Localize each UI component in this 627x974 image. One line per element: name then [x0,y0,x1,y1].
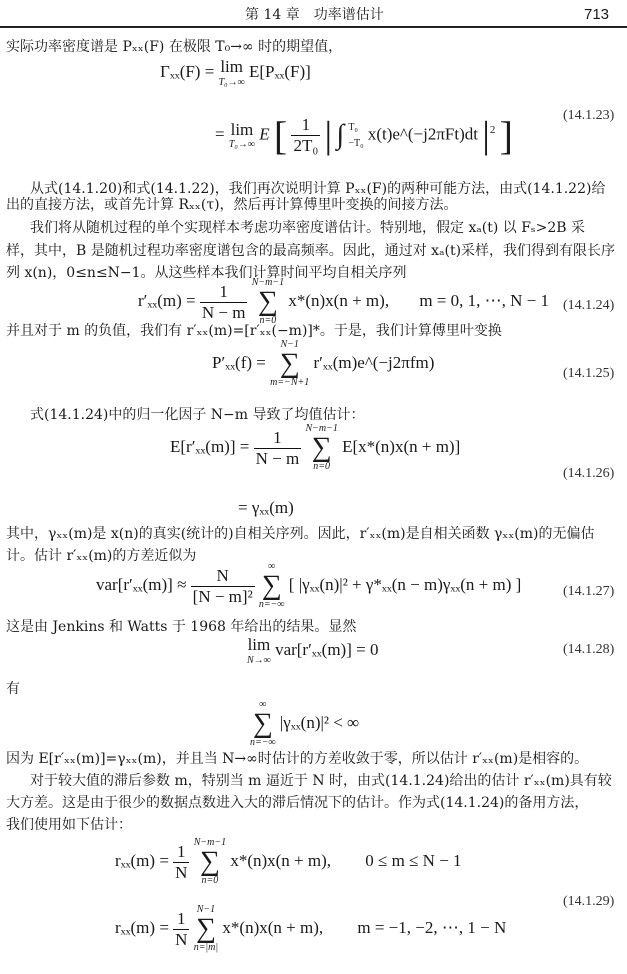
equation-label-14-1-23: (14.1.23) [563,108,614,124]
paragraph-3-line2: 样，其中，B 是随机过程功率密度谱包含的最高频率。因此，通过对 xₐ(t)采样，… [6,242,615,260]
fraction: 1N [173,909,189,950]
fraction: 1N [173,842,189,883]
equation-14-1-27: var[r′ₓₓ(m)] ≈ N[N − m]² ∞∑n=−∞ [ |γₓₓ(n… [96,562,521,610]
summation: ∞∑n=−∞ [250,700,276,748]
equation-14-1-23-line2: = limT₀→∞ E [ 12T₀ | ∫ T₀−T₀ x(t)e^(−j2π… [215,112,513,159]
fraction: 1N − m [200,282,248,323]
summation: N−m−1∑n=0 [252,278,284,326]
equation-label-14-1-27: (14.1.27) [563,584,614,600]
equation-14-1-26-line2: = γₓₓ(m) [238,498,294,518]
equation-label-14-1-25: (14.1.25) [563,366,614,382]
paragraph-1: 实际功率密度谱是 Pₓₓ(F) 在极限 T₀→∞ 时的期望值， [6,38,342,56]
paragraph-10-line2: 大方差。这是由于很少的数据点数进入大的滞后情况下的估计。作为式(14.1.24)… [6,794,588,812]
equation-14-1-26-line1: E[r′ₓₓ(m)] = 1N − m N−m−1∑n=0 E[x*(n)x(n… [170,424,460,472]
paragraph-10-line3: 我们使用如下估计： [6,816,132,834]
paragraph-8: 有 [6,680,20,698]
limit-operator: limT₀→∞ [219,58,245,88]
equation-14-1-24: r′ₓₓ(m) = 1N − m N−m−1∑n=0 x*(n)x(n + m)… [138,278,549,326]
paragraph-10-line1: 对于较大值的滞后参数 m，特别当 m 逼近于 N 时，由式(14.1.24)给出… [30,772,612,790]
paragraph-3-line1: 我们将从随机过程的单个实现样本考虑功率密度谱估计。特别地，假定 xₐ(t) 以 … [30,219,585,237]
summation: N−m−1∑n=0 [305,424,337,472]
equation-14-1-28: limN→∞ var[r′ₓₓ(m)] = 0 [247,636,378,666]
fraction: 12T₀ [291,115,320,156]
equation-label-14-1-29: (14.1.29) [563,894,614,910]
equation-sum-finite: ∞∑n=−∞ |γₓₓ(n)|² < ∞ [250,700,359,748]
summation: N−m−1∑n=0 [194,838,226,886]
paragraph-2-line2: 出的直接方法，或首先计算 Rₓₓ(τ)，然后再计算傅里叶变换的间接方法。 [6,196,458,214]
page-number: 713 [584,6,609,23]
limit-operator: limT₀→∞ [229,121,255,151]
summation: N−1∑n=|m| [194,905,218,953]
limit-operator: limN→∞ [247,636,271,666]
equation-label-14-1-26: (14.1.26) [563,466,614,482]
equation-label-14-1-24: (14.1.24) [563,298,614,314]
equation-label-14-1-28: (14.1.28) [563,642,614,658]
equation-14-1-25: P′ₓₓ(f) = N−1∑m=−N+1 r′ₓₓ(m)e^(−j2πfm) [212,340,434,388]
summation: ∞∑n=−∞ [259,562,285,610]
paragraph-9: 因为 E[r′ₓₓ(m)]=γₓₓ(m)，并且当 N→∞时估计的方差收敛于零，所… [6,750,588,768]
fraction: 1N − m [254,428,302,469]
equation-14-1-29-line2: rₓₓ(m) = 1N N−1∑n=|m| x*(n)x(n + m), m =… [115,905,506,953]
paragraph-7: 这是由 Jenkins 和 Watts 于 1968 年给出的结果。显然 [6,618,356,636]
paragraph-6-line1: 其中，γₓₓ(m)是 x(n)的真实(统计的)自相关序列。因此，r′ₓₓ(m)是… [6,525,594,543]
header-rule [0,26,627,28]
chapter-title: 第 14 章 功率谱估计 [245,4,384,24]
fraction: N[N − m]² [191,566,255,607]
summation: N−1∑m=−N+1 [270,340,309,388]
equation-14-1-23-line1: Γₓₓ(F) = limT₀→∞ E[Pₓₓ(F)] [160,58,311,88]
equation-14-1-29-line1: rₓₓ(m) = 1N N−m−1∑n=0 x*(n)x(n + m), 0 ≤… [115,838,462,886]
paragraph-4: 并且对于 m 的负值，我们有 r′ₓₓ(m)=[r′ₓₓ(−m)]*。于是，我们… [6,322,502,340]
paragraph-5: 式(14.1.24)中的归一化因子 N−m 导致了均值估计： [30,406,365,424]
